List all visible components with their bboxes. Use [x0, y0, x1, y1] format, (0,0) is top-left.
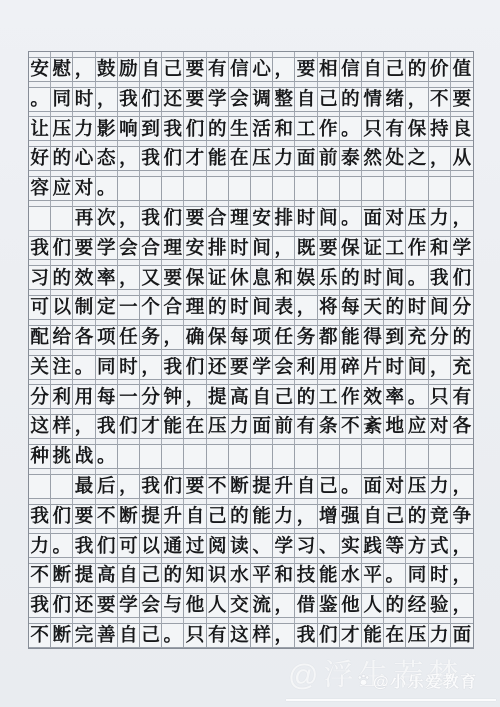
char-cell: 间: [384, 266, 406, 290]
char-cell: 关: [29, 356, 51, 380]
essay-row: 关注。同时，我们还要学会利用碎片时间，充: [29, 356, 473, 380]
char-cell: 知: [184, 564, 206, 588]
char-cell: [406, 445, 428, 469]
char-cell: 得: [362, 326, 384, 350]
char-cell: 与: [162, 594, 184, 618]
char-cell: 自: [184, 505, 206, 529]
char-cell: 间: [251, 237, 273, 261]
char-cell: 高: [96, 564, 118, 588]
char-cell: 面: [362, 475, 384, 499]
char-cell: 良: [451, 117, 473, 141]
char-cell: 理: [229, 207, 251, 231]
char-cell: ，: [295, 296, 317, 320]
char-cell: 有: [207, 58, 229, 82]
char-cell: 将: [318, 296, 340, 320]
char-cell: 充: [451, 356, 473, 380]
char-cell: 。: [384, 564, 406, 588]
char-cell: 。: [73, 356, 95, 380]
char-cell: 。: [340, 207, 362, 231]
char-cell: 应: [51, 177, 73, 201]
char-cell: 既: [295, 237, 317, 261]
essay-row: 配给各项任务，确保每项任务都能得到充分的: [29, 326, 473, 350]
char-cell: 压: [406, 475, 428, 499]
char-cell: 面: [251, 415, 273, 439]
char-cell: 能: [340, 326, 362, 350]
char-cell: 娱: [295, 266, 317, 290]
char-cell: 。: [29, 88, 51, 112]
char-cell: 的: [207, 296, 229, 320]
char-cell: 一: [118, 385, 140, 409]
char-cell: 水: [340, 564, 362, 588]
char-cell: 式: [429, 534, 451, 558]
char-cell: 。: [96, 445, 118, 469]
char-cell: 时: [295, 207, 317, 231]
char-cell: 人: [207, 594, 229, 618]
char-cell: 还: [207, 356, 229, 380]
char-cell: 紊: [362, 415, 384, 439]
char-cell: 自: [118, 564, 140, 588]
char-cell: 实: [340, 534, 362, 558]
char-cell: [451, 445, 473, 469]
char-cell: 活: [251, 117, 273, 141]
char-cell: 自: [295, 475, 317, 499]
char-cell: 己: [162, 58, 184, 82]
char-cell: 。: [340, 117, 362, 141]
char-cell: [162, 445, 184, 469]
char-cell: 战: [73, 445, 95, 469]
char-cell: 各: [73, 326, 95, 350]
essay-row: 分利用每一分钟，提高自己的工作效率。只有: [29, 385, 473, 409]
char-cell: 同: [51, 88, 73, 112]
char-cell: 的: [384, 296, 406, 320]
char-cell: 鉴: [318, 594, 340, 618]
char-cell: 能: [318, 564, 340, 588]
char-cell: 和: [429, 237, 451, 261]
char-cell: [384, 177, 406, 201]
char-cell: 可: [29, 296, 51, 320]
char-cell: 力: [73, 117, 95, 141]
char-cell: 作: [406, 237, 428, 261]
char-cell: 学: [96, 237, 118, 261]
char-cell: 分: [429, 326, 451, 350]
char-cell: 学: [251, 356, 273, 380]
char-cell: 应: [406, 415, 428, 439]
char-cell: 。: [340, 475, 362, 499]
char-cell: [29, 475, 51, 499]
char-cell: [429, 445, 451, 469]
char-cell: 天: [362, 296, 384, 320]
char-cell: 每: [229, 326, 251, 350]
char-cell: 我: [429, 266, 451, 290]
char-cell: 平: [362, 564, 384, 588]
char-cell: 力: [229, 415, 251, 439]
char-cell: ，: [273, 237, 295, 261]
char-cell: 务: [140, 326, 162, 350]
char-cell: 同: [96, 356, 118, 380]
char-cell: 他: [340, 594, 362, 618]
char-cell: 我: [140, 147, 162, 171]
char-cell: 要: [184, 207, 206, 231]
char-cell: 会: [140, 594, 162, 618]
char-cell: [406, 177, 428, 201]
char-cell: 整: [273, 88, 295, 112]
char-cell: 理: [184, 296, 206, 320]
char-cell: 不: [340, 415, 362, 439]
char-cell: 平: [251, 564, 273, 588]
essay-row: 力。我们可以通过阅读、学习、实践等方式，: [29, 534, 473, 558]
char-cell: 己: [207, 505, 229, 529]
char-cell: 的: [340, 266, 362, 290]
char-cell: 注: [51, 356, 73, 380]
char-cell: 分: [140, 385, 162, 409]
char-cell: 善: [96, 624, 118, 648]
char-cell: [295, 177, 317, 201]
essay-row: 不断提高自己的知识水平和技能水平。同时，: [29, 564, 473, 588]
char-cell: 我: [118, 88, 140, 112]
char-cell: 让: [29, 117, 51, 141]
char-cell: 片: [362, 356, 384, 380]
char-cell: 己: [384, 505, 406, 529]
char-cell: 压: [51, 117, 73, 141]
char-cell: 习: [295, 534, 317, 558]
char-cell: 的: [51, 266, 73, 290]
char-cell: 间: [406, 356, 428, 380]
char-cell: 心: [73, 147, 95, 171]
char-cell: 只: [429, 385, 451, 409]
char-cell: ，: [118, 207, 140, 231]
char-cell: [340, 177, 362, 201]
char-cell: 心: [251, 58, 273, 82]
char-cell: 要: [295, 58, 317, 82]
char-cell: 任: [118, 326, 140, 350]
char-cell: 样: [51, 415, 73, 439]
char-cell: 响: [118, 117, 140, 141]
char-cell: 断: [51, 624, 73, 648]
char-cell: [451, 177, 473, 201]
char-cell: 保: [184, 266, 206, 290]
char-cell: 不: [207, 475, 229, 499]
essay-row: 好的心态，我们才能在压力面前泰然处之，从: [29, 147, 473, 171]
char-cell: 种: [29, 445, 51, 469]
char-cell: ，: [273, 58, 295, 82]
char-cell: 提: [207, 385, 229, 409]
char-cell: 理: [162, 237, 184, 261]
char-cell: 。: [406, 266, 428, 290]
char-cell: 制: [73, 296, 95, 320]
char-cell: 我: [29, 505, 51, 529]
char-cell: [251, 445, 273, 469]
char-cell: 间: [429, 296, 451, 320]
char-cell: 时: [118, 356, 140, 380]
char-cell: [273, 445, 295, 469]
char-cell: [184, 445, 206, 469]
char-cell: 利: [51, 385, 73, 409]
char-cell: 调: [251, 88, 273, 112]
char-cell: 价: [429, 58, 451, 82]
char-cell: 压: [406, 624, 428, 648]
char-cell: 我: [29, 594, 51, 618]
char-cell: 时: [229, 296, 251, 320]
char-cell: 们: [51, 505, 73, 529]
char-cell: 在: [229, 147, 251, 171]
essay-grid: 安慰，鼓励自己要有信心，要相信自己的价值。同时，我们还要学会调整自己的情绪，不要…: [28, 51, 474, 649]
char-cell: 识: [207, 564, 229, 588]
char-cell: 我: [73, 534, 95, 558]
char-cell: 力: [429, 207, 451, 231]
char-cell: 们: [51, 594, 73, 618]
char-cell: 各: [451, 415, 473, 439]
char-cell: 要: [162, 266, 184, 290]
essay-row: 最后，我们要不断提升自己。面对压力，: [29, 475, 473, 499]
char-cell: [295, 445, 317, 469]
char-cell: 己: [273, 385, 295, 409]
char-cell: 地: [384, 415, 406, 439]
char-cell: [207, 177, 229, 201]
char-cell: 作: [340, 385, 362, 409]
char-cell: 能: [162, 415, 184, 439]
char-cell: 我: [295, 624, 317, 648]
char-cell: 我: [162, 356, 184, 380]
char-cell: 。: [51, 534, 73, 558]
char-cell: 排: [273, 207, 295, 231]
char-cell: 竞: [429, 505, 451, 529]
char-cell: 们: [162, 147, 184, 171]
char-cell: 们: [51, 237, 73, 261]
char-cell: 钟: [162, 385, 184, 409]
char-cell: [118, 445, 140, 469]
char-cell: 还: [162, 88, 184, 112]
char-cell: 保: [406, 117, 428, 141]
char-cell: 断: [51, 564, 73, 588]
char-cell: 。: [406, 385, 428, 409]
char-cell: 碎: [340, 356, 362, 380]
char-cell: 安: [184, 237, 206, 261]
char-cell: 时: [73, 88, 95, 112]
char-cell: ，: [406, 88, 428, 112]
char-cell: 证: [207, 266, 229, 290]
char-cell: 的: [229, 505, 251, 529]
char-cell: 断: [229, 475, 251, 499]
char-cell: 排: [207, 237, 229, 261]
char-cell: 这: [29, 415, 51, 439]
char-cell: 容: [29, 177, 51, 201]
char-cell: 提: [251, 475, 273, 499]
char-cell: ，: [184, 385, 206, 409]
char-cell: 可: [118, 534, 140, 558]
char-cell: 要: [73, 505, 95, 529]
char-cell: 水: [229, 564, 251, 588]
char-cell: 通: [162, 534, 184, 558]
char-cell: 每: [96, 385, 118, 409]
char-cell: 慰: [51, 58, 73, 82]
char-cell: 要: [73, 237, 95, 261]
char-cell: [118, 177, 140, 201]
char-cell: 己: [140, 564, 162, 588]
char-cell: [29, 207, 51, 231]
char-cell: 己: [318, 475, 340, 499]
char-cell: 在: [384, 624, 406, 648]
char-cell: 不: [29, 624, 51, 648]
char-cell: 从: [451, 147, 473, 171]
char-cell: 后: [96, 475, 118, 499]
char-cell: 合: [140, 237, 162, 261]
essay-row: 让压力影响到我们的生活和工作。只有保持良: [29, 117, 473, 141]
char-cell: 争: [451, 505, 473, 529]
char-cell: [229, 445, 251, 469]
char-cell: 阅: [207, 534, 229, 558]
char-cell: 学: [451, 237, 473, 261]
char-cell: 一: [118, 296, 140, 320]
char-cell: 们: [162, 475, 184, 499]
char-cell: 增: [318, 505, 340, 529]
char-cell: 面: [362, 207, 384, 231]
char-cell: 自: [362, 505, 384, 529]
char-cell: 力: [429, 475, 451, 499]
char-cell: [229, 177, 251, 201]
char-cell: [318, 177, 340, 201]
char-cell: ，: [295, 505, 317, 529]
char-cell: 才: [140, 415, 162, 439]
char-cell: 确: [184, 326, 206, 350]
char-cell: 合: [162, 296, 184, 320]
char-cell: 能: [207, 147, 229, 171]
char-cell: 我: [96, 415, 118, 439]
char-cell: 自: [140, 58, 162, 82]
char-cell: 我: [162, 117, 184, 141]
char-cell: 要: [96, 594, 118, 618]
char-cell: ，: [73, 58, 95, 82]
char-cell: 的: [384, 594, 406, 618]
char-cell: 学: [273, 534, 295, 558]
char-cell: 态: [96, 147, 118, 171]
essay-row: 再次，我们要合理安排时间。面对压力，: [29, 207, 473, 231]
char-cell: 们: [451, 266, 473, 290]
watermark-underline: [286, 699, 496, 701]
char-cell: 证: [362, 237, 384, 261]
char-cell: 、: [251, 534, 273, 558]
char-cell: 会: [118, 237, 140, 261]
char-cell: 要: [318, 237, 340, 261]
char-cell: 学: [118, 594, 140, 618]
char-cell: 对: [384, 207, 406, 231]
char-cell: 力: [273, 147, 295, 171]
char-cell: 要: [184, 475, 206, 499]
char-cell: ，: [451, 594, 473, 618]
char-cell: 项: [96, 326, 118, 350]
char-cell: 有: [384, 117, 406, 141]
char-cell: 还: [73, 594, 95, 618]
char-cell: 率: [96, 266, 118, 290]
char-cell: [207, 445, 229, 469]
char-cell: 然: [362, 147, 384, 171]
char-cell: 和: [273, 564, 295, 588]
char-cell: 力: [273, 505, 295, 529]
char-cell: 提: [73, 564, 95, 588]
char-cell: 挑: [51, 445, 73, 469]
essay-row: 习的效率，又要保证休息和娱乐的时间。我们: [29, 266, 473, 290]
char-cell: 以: [140, 534, 162, 558]
char-cell: ，: [451, 534, 473, 558]
char-cell: 用: [73, 385, 95, 409]
char-cell: 有: [451, 385, 473, 409]
char-cell: 的: [51, 147, 73, 171]
char-cell: 合: [207, 207, 229, 231]
char-cell: 、: [318, 534, 340, 558]
char-cell: 安: [251, 207, 273, 231]
char-cell: ，: [451, 207, 473, 231]
char-cell: 信: [340, 58, 362, 82]
char-cell: 的: [162, 564, 184, 588]
char-cell: 的: [295, 385, 317, 409]
char-cell: 间: [318, 207, 340, 231]
char-cell: 保: [340, 237, 362, 261]
char-cell: [162, 177, 184, 201]
char-cell: 以: [51, 296, 73, 320]
char-cell: [362, 445, 384, 469]
char-cell: 压: [251, 147, 273, 171]
char-cell: 的: [340, 88, 362, 112]
char-cell: ，: [429, 356, 451, 380]
char-cell: 定: [96, 296, 118, 320]
char-cell: 同: [406, 564, 428, 588]
char-cell: 习: [29, 266, 51, 290]
char-cell: 再: [73, 207, 95, 231]
char-cell: 自: [295, 88, 317, 112]
char-cell: 的: [406, 58, 428, 82]
char-cell: 交: [229, 594, 251, 618]
char-cell: 自: [251, 385, 273, 409]
char-cell: 鼓: [96, 58, 118, 82]
char-cell: 有: [207, 624, 229, 648]
char-cell: 技: [295, 564, 317, 588]
char-cell: 的: [451, 326, 473, 350]
char-cell: 作: [318, 117, 340, 141]
char-cell: 条: [318, 415, 340, 439]
essay-row: 我们还要学会与他人交流，借鉴他人的经验，: [29, 594, 473, 618]
char-cell: 又: [140, 266, 162, 290]
char-cell: 和: [273, 266, 295, 290]
char-cell: 表: [273, 296, 295, 320]
char-cell: 的: [406, 505, 428, 529]
char-cell: ，: [118, 475, 140, 499]
essay-row: 不断完善自己。只有这样，我们才能在压力面: [29, 624, 473, 648]
char-cell: 的: [207, 117, 229, 141]
char-cell: 有: [295, 415, 317, 439]
char-cell: 对: [73, 177, 95, 201]
char-cell: 高: [229, 385, 251, 409]
char-cell: 。: [162, 624, 184, 648]
essay-row: 我们要不断提升自己的能力，增强自己的竞争: [29, 505, 473, 529]
char-cell: 生: [229, 117, 251, 141]
essay-row: 种挑战。: [29, 445, 473, 469]
essay-row: 可以制定一个合理的时间表，将每天的时间分: [29, 296, 473, 320]
char-cell: 要: [229, 356, 251, 380]
char-cell: 乐: [318, 266, 340, 290]
char-cell: 务: [295, 326, 317, 350]
char-cell: 会: [229, 88, 251, 112]
char-cell: 个: [140, 296, 162, 320]
char-cell: 们: [184, 356, 206, 380]
essay-row: 这样，我们才能在压力面前有条不紊地应对各: [29, 415, 473, 439]
char-cell: 息: [251, 266, 273, 290]
char-cell: ，: [96, 88, 118, 112]
char-cell: 时: [406, 296, 428, 320]
char-cell: 们: [318, 624, 340, 648]
char-cell: ，: [273, 594, 295, 618]
char-cell: ，: [451, 475, 473, 499]
char-cell: 只: [362, 117, 384, 141]
char-cell: ，: [429, 147, 451, 171]
